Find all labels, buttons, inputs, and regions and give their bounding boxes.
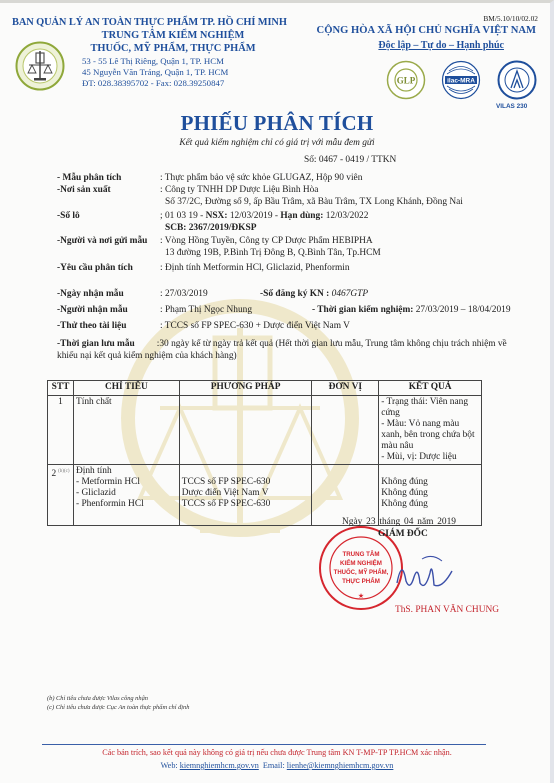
row-1-result: - Trạng thái: Viên nang cứng - Màu: Vỏ n… — [379, 396, 482, 465]
center-contact: 53 - 55 Lê Thị Riêng, Quận 1, TP. HCM 45… — [82, 56, 228, 90]
table-row: 1 Tính chất - Trạng thái: Viên nang cứng… — [48, 396, 482, 465]
mfg-value: 12/03/2019 - — [227, 211, 280, 221]
period-value: 27/03/2019 – 18/04/2019 — [413, 305, 510, 315]
center-name-line-1: TRUNG TÂM KIỂM NGHIỆM — [78, 29, 268, 42]
address-1: 53 - 55 Lê Thị Riêng, Quận 1, TP. HCM — [82, 56, 228, 67]
method-line: TCCS số FP SPEC-630 — [182, 499, 310, 510]
vilas-code: VILAS 230 — [496, 103, 527, 110]
ilac-mra-badge-icon: ilac-MRA — [441, 60, 481, 100]
scb-number: SCB: 2367/2019/ĐKSP — [165, 223, 256, 235]
center-logo-icon — [15, 41, 65, 91]
svg-text:★: ★ — [358, 592, 364, 600]
header-stt: STT — [48, 381, 74, 396]
sender-value: : Vòng Hồng Tuyền, Công ty CP Dược Phẩm … — [160, 236, 373, 248]
national-motto: Độc lập – Tự do – Hạnh phúc — [378, 40, 504, 51]
website-link[interactable]: kiemnghiemhcm.gov.vn — [180, 761, 259, 770]
svg-text:GLP: GLP — [397, 76, 416, 86]
footer-contact: Web: kiemnghiemhcm.gov.vn Email: lienhe@… — [0, 761, 554, 770]
email-label: Email: — [259, 761, 287, 770]
footnote-b: (b) Chỉ tiêu chưa được Vilas công nhận — [47, 695, 148, 702]
boa-accreditation-badge-icon — [497, 60, 537, 100]
svg-text:TRUNG TÂM: TRUNG TÂM — [342, 551, 379, 558]
criteria-line: Định tính — [76, 466, 177, 477]
method-line: Dược điển Việt Nam V — [182, 488, 310, 499]
svg-text:THUỐC, MỸ PHẨM,: THUỐC, MỸ PHẨM, — [334, 569, 389, 576]
header-result: KẾT QUẢ — [379, 381, 482, 396]
svg-text:ilac-MRA: ilac-MRA — [447, 78, 475, 85]
lot-label: -Số lô — [57, 211, 80, 223]
mfg-label: NSX: — [206, 211, 228, 221]
row-1-method — [179, 396, 312, 465]
row-1-unit — [312, 396, 379, 465]
page-subtitle: Kết quả kiểm nghiệm chỉ có giá trị với m… — [0, 138, 554, 148]
result-line: Không đúng — [381, 477, 479, 488]
glp-badge-icon: GLP — [386, 60, 426, 100]
exp-value: 12/03/2022 — [323, 211, 368, 221]
reference-label: -Thử theo tài liệu — [57, 321, 126, 333]
result-line: - Mùi, vị: Dược liệu — [381, 452, 479, 463]
criteria-line: - Gliclazid — [76, 488, 177, 499]
criteria-line: - Metformin HCl — [76, 477, 177, 488]
request-label: -Yêu cầu phân tích — [57, 263, 133, 275]
phone-fax: ĐT: 028.38395702 - Fax: 028.39250847 — [82, 78, 228, 89]
row-2-criteria: Định tính - Metformin HCl - Gliclazid - … — [73, 465, 179, 526]
info-retention: -Thời gian lưu mẫu:30 ngày kể từ ngày tr… — [57, 339, 527, 362]
row-2-method: TCCS số FP SPEC-630 Dược điển Việt Nam V… — [179, 465, 312, 526]
period-label: - Thời gian kiểm nghiệm: — [312, 305, 413, 315]
result-line: Không đúng — [381, 488, 479, 499]
address-2: 45 Nguyễn Văn Tráng, Quận 1, TP. HCM — [82, 67, 228, 78]
row-1-stt: 1 — [48, 396, 74, 465]
lot-value: ; 01 03 19 - — [160, 211, 206, 221]
table-header-row: STT CHỈ TIÊU PHƯƠNG PHÁP ĐƠN VỊ KẾT QUẢ — [48, 381, 482, 396]
row-2-stt: 2(b)(c) — [48, 465, 74, 526]
row-1-criteria: Tính chất — [73, 396, 179, 465]
signer-name: ThS. PHAN VĂN CHUNG — [395, 605, 499, 615]
sender-label: -Người và nơi gửi mẫu — [57, 236, 147, 248]
row-2-stt-value: 2 — [51, 469, 56, 479]
footer-divider — [42, 744, 486, 745]
origin-value: : Công ty TNHH DP Dược Liệu Bình Hòa — [160, 185, 318, 197]
request-value: : Định tính Metformin HCl, Gliclazid, Ph… — [160, 263, 350, 275]
receiver-label: -Người nhận mẫu — [57, 305, 128, 317]
origin-label: -Nơi sản xuất — [57, 185, 111, 197]
footnote-c: (c) Chỉ tiêu chưa được Cục An toàn thực … — [47, 704, 189, 711]
test-period: - Thời gian kiểm nghiệm: 27/03/2019 – 18… — [312, 305, 511, 317]
results-table: STT CHỈ TIÊU PHƯƠNG PHÁP ĐƠN VỊ KẾT QUẢ … — [47, 380, 482, 526]
received-label: -Ngày nhận mẫu — [57, 289, 124, 301]
report-number: Số: 0467 - 0419 / TTKN — [304, 155, 396, 165]
retention-label: -Thời gian lưu mẫu — [57, 339, 135, 349]
registration: -Số đăng ký KN : 0467GTP — [260, 289, 368, 301]
header-criteria: CHỈ TIÊU — [73, 381, 179, 396]
web-label: Web: — [161, 761, 180, 770]
receiver-value: : Phạm Thị Ngọc Nhung — [160, 305, 252, 317]
svg-text:THỰC PHẨM: THỰC PHẨM — [342, 578, 380, 585]
received-value: : 27/03/2019 — [160, 289, 208, 301]
row-2-stt-note: (b)(c) — [58, 469, 69, 474]
page-title: PHIẾU PHÂN TÍCH — [0, 111, 554, 136]
analysis-report-page: BAN QUẢN LÝ AN TOÀN THỰC PHẨM TP. HỒ CHÍ… — [0, 0, 554, 783]
origin-address: Số 37/2C, Đường số 9, ấp Bầu Trâm, xã Bà… — [165, 197, 463, 209]
center-name: TRUNG TÂM KIỂM NGHIỆM THUỐC, MỸ PHẨM, TH… — [78, 29, 268, 55]
agency-name: BAN QUẢN LÝ AN TOÀN THỰC PHẨM TP. HỒ CHÍ… — [12, 17, 287, 28]
result-line: - Trạng thái: Viên nang cứng — [381, 397, 479, 419]
lot-line: ; 01 03 19 - NSX: 12/03/2019 - Hạn dùng:… — [160, 211, 368, 223]
svg-text:KIỂM NGHIỆM: KIỂM NGHIỆM — [340, 559, 382, 567]
signature-date: Ngày 23 tháng 04 năm 2019 — [342, 517, 456, 527]
result-line: Không đúng — [381, 499, 479, 510]
header-method: PHƯƠNG PHÁP — [179, 381, 312, 396]
method-line: TCCS số FP SPEC-630 — [182, 477, 310, 488]
handwritten-signature-icon — [392, 553, 462, 598]
signature-role: GIÁM ĐỐC — [378, 529, 428, 539]
sample-label: - Mẫu phân tích — [57, 173, 121, 185]
result-line: - Màu: Vỏ nang màu xanh, bên trong chứa … — [381, 419, 479, 452]
reg-value: 0467GTP — [332, 289, 368, 299]
reference-value: : TCCS số FP SPEC-630 + Dược điển Việt N… — [160, 321, 350, 333]
criteria-line: - Phenformin HCl — [76, 499, 177, 510]
form-code: BM/5.10/10/02.02 — [483, 14, 538, 23]
reg-label: -Số đăng ký KN : — [260, 289, 332, 299]
center-name-line-2: THUỐC, MỸ PHẨM, THỰC PHẨM — [78, 42, 268, 55]
sample-value: : Thực phẩm bảo vệ sức khỏe GLUGAZ, Hộp … — [160, 173, 362, 185]
exp-label: Hạn dùng: — [280, 211, 323, 221]
footer-note: Các bản trích, sao kết quả này không có … — [0, 748, 554, 757]
sender-address: 13 đường 19B, P.Bình Trị Đông B, Q.Bình … — [165, 248, 381, 260]
email-link[interactable]: lienhe@kiemnghiemhcm.gov.vn — [287, 761, 394, 770]
criteria-line: Tính chất — [76, 397, 177, 408]
nation-title: CỘNG HÒA XÃ HỘI CHỦ NGHĨA VIỆT NAM — [317, 25, 536, 36]
header-unit: ĐƠN VỊ — [312, 381, 379, 396]
